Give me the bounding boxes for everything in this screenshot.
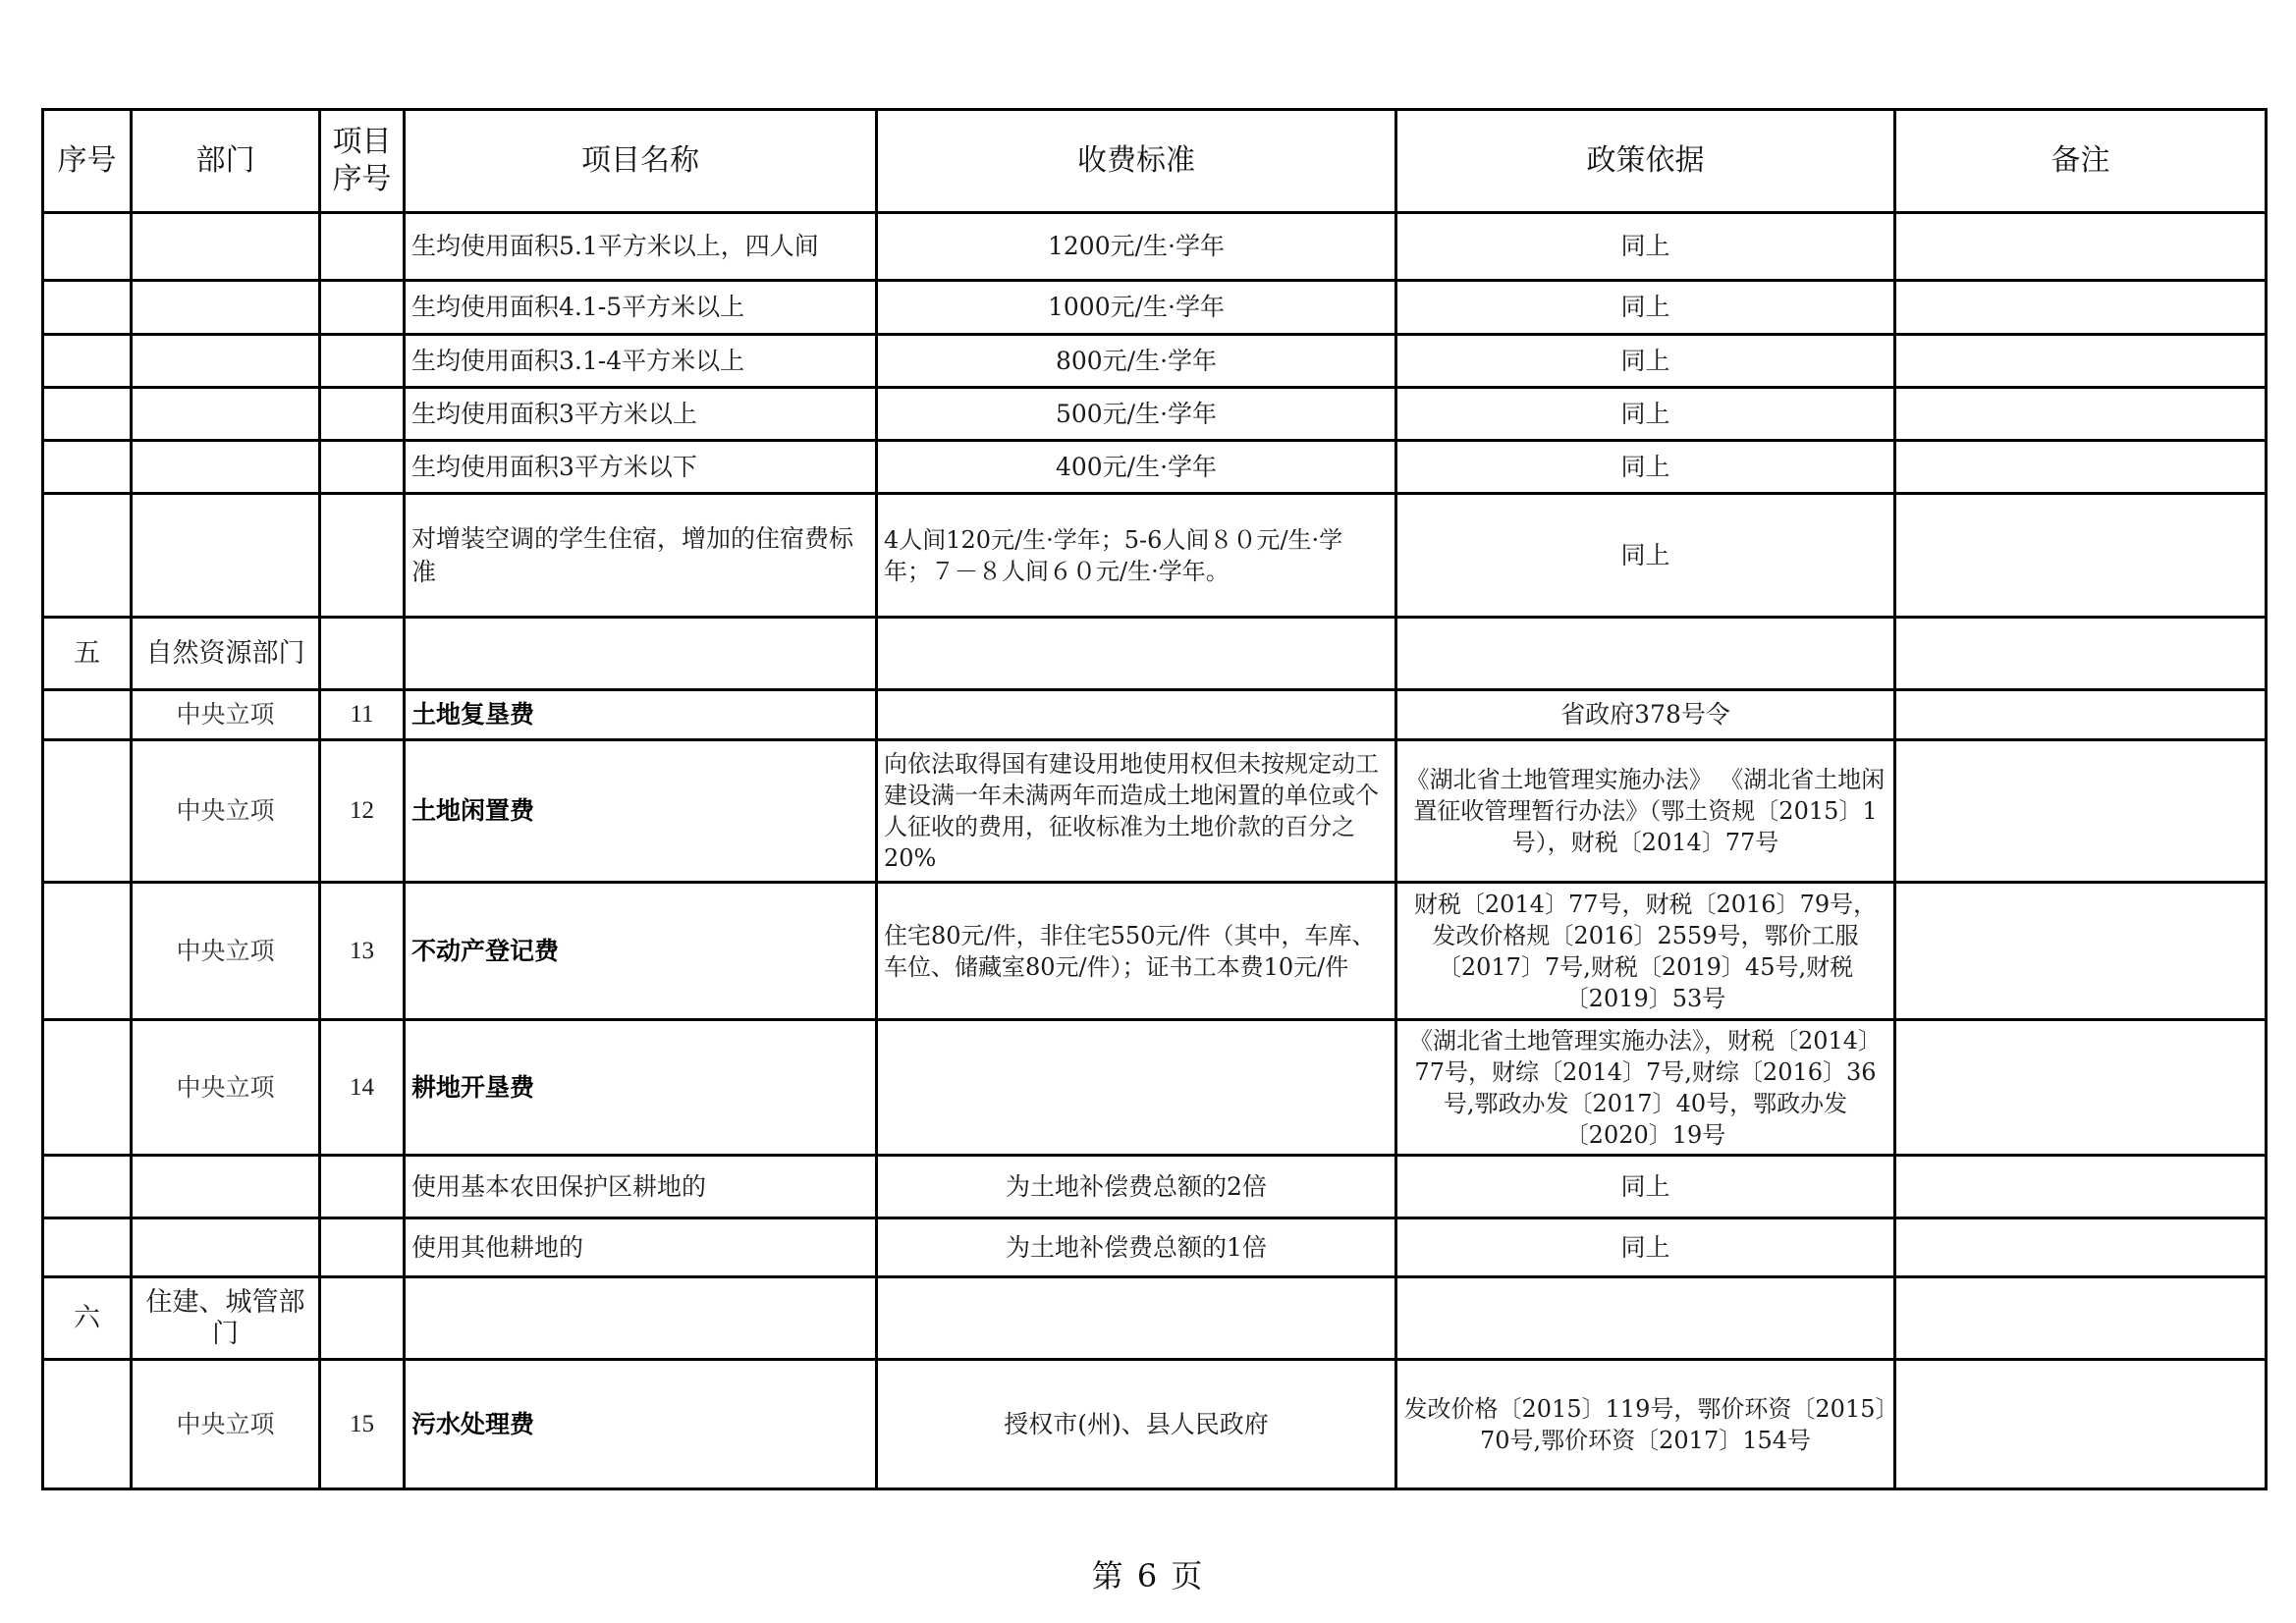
- header-item-no-line1: 项目: [333, 125, 392, 159]
- cell-remarks: [1895, 883, 2267, 1020]
- cell-dept: [132, 335, 320, 388]
- cell-fee-standard: 1000元/生·学年: [877, 281, 1396, 335]
- cell-item-no: [320, 213, 405, 281]
- cell-item-no: 15: [320, 1360, 405, 1489]
- cell-item-name: 不动产登记费: [405, 883, 877, 1020]
- cell-dept: 中央立项: [132, 1020, 320, 1156]
- cell-seq: [43, 1218, 132, 1277]
- cell-remarks: [1895, 690, 2267, 740]
- header-dept: 部门: [132, 110, 320, 213]
- table-row: 生均使用面积3平方米以上 500元/生·学年 同上: [43, 388, 2267, 441]
- cell-item-name: 耕地开垦费: [405, 1020, 877, 1156]
- table-row: 中央立项 15 污水处理费 授权市(州)、县人民政府 发改价格〔2015〕119…: [43, 1360, 2267, 1489]
- cell-item-name: [405, 1277, 877, 1360]
- cell-section-seq: 五: [43, 618, 132, 690]
- cell-item-name: 生均使用面积5.1平方米以上，四人间: [405, 213, 877, 281]
- cell-remarks: [1895, 1020, 2267, 1156]
- cell-item-no: [320, 441, 405, 494]
- cell-remarks: [1895, 494, 2267, 618]
- cell-item-no: [320, 335, 405, 388]
- cell-seq: [43, 388, 132, 441]
- cell-policy-basis: 财税〔2014〕77号，财税〔2016〕79号，发改价格规〔2016〕2559号…: [1396, 883, 1895, 1020]
- table-row: 生均使用面积3.1-4平方米以上 800元/生·学年 同上: [43, 335, 2267, 388]
- cell-seq: [43, 335, 132, 388]
- cell-remarks: [1895, 213, 2267, 281]
- header-remarks: 备注: [1895, 110, 2267, 213]
- cell-item-no: 13: [320, 883, 405, 1020]
- cell-item-no: [320, 1156, 405, 1218]
- cell-fee-standard: [877, 690, 1396, 740]
- section-row: 五 自然资源部门: [43, 618, 2267, 690]
- cell-dept: 中央立项: [132, 740, 320, 883]
- table-row: 中央立项 11 土地复垦费 省政府378号令: [43, 690, 2267, 740]
- cell-fee-standard: 4人间120元/生·学年；5-6人间８０元/生·学年；７－８人间６０元/生·学年…: [877, 494, 1396, 618]
- cell-item-no: [320, 494, 405, 618]
- cell-section-seq: 六: [43, 1277, 132, 1360]
- cell-remarks: [1895, 335, 2267, 388]
- cell-dept: 中央立项: [132, 883, 320, 1020]
- cell-dept: [132, 441, 320, 494]
- cell-dept: [132, 494, 320, 618]
- cell-fee-standard: 向依法取得国有建设用地使用权但未按规定动工建设满一年未满两年而造成土地闲置的单位…: [877, 740, 1396, 883]
- cell-policy-basis: 同上: [1396, 441, 1895, 494]
- cell-item-no: [320, 1277, 405, 1360]
- header-seq: 序号: [43, 110, 132, 213]
- cell-item-no: 14: [320, 1020, 405, 1156]
- cell-fee-standard: [877, 1277, 1396, 1360]
- table-row: 中央立项 14 耕地开垦费 《湖北省土地管理实施办法》，财税〔2014〕77号，…: [43, 1020, 2267, 1156]
- cell-fee-standard: 为土地补偿费总额的2倍: [877, 1156, 1396, 1218]
- table-row: 生均使用面积4.1-5平方米以上 1000元/生·学年 同上: [43, 281, 2267, 335]
- cell-section-dept: 自然资源部门: [132, 618, 320, 690]
- header-policy-basis: 政策依据: [1396, 110, 1895, 213]
- table-row: 中央立项 13 不动产登记费 住宅80元/件，非住宅550元/件（其中，车库、车…: [43, 883, 2267, 1020]
- cell-fee-standard: [877, 618, 1396, 690]
- header-fee-standard: 收费标准: [877, 110, 1396, 213]
- table-row: 生均使用面积3平方米以下 400元/生·学年 同上: [43, 441, 2267, 494]
- cell-seq: [43, 281, 132, 335]
- cell-remarks: [1895, 1277, 2267, 1360]
- cell-item-no: [320, 281, 405, 335]
- cell-item-name: 生均使用面积3.1-4平方米以上: [405, 335, 877, 388]
- cell-policy-basis: 同上: [1396, 494, 1895, 618]
- cell-policy-basis: 《湖北省土地管理实施办法》 《湖北省土地闲置征收管理暂行办法》（鄂土资规〔201…: [1396, 740, 1895, 883]
- table-row: 使用基本农田保护区耕地的 为土地补偿费总额的2倍 同上: [43, 1156, 2267, 1218]
- cell-remarks: [1895, 1360, 2267, 1489]
- cell-fee-standard: 400元/生·学年: [877, 441, 1396, 494]
- cell-item-no: [320, 618, 405, 690]
- cell-dept: [132, 281, 320, 335]
- cell-policy-basis: 同上: [1396, 1156, 1895, 1218]
- cell-item-name: 生均使用面积3平方米以上: [405, 388, 877, 441]
- section-row: 六 住建、城管部门: [43, 1277, 2267, 1360]
- table-row: 中央立项 12 土地闲置费 向依法取得国有建设用地使用权但未按规定动工建设满一年…: [43, 740, 2267, 883]
- cell-item-name: 生均使用面积4.1-5平方米以上: [405, 281, 877, 335]
- table-row: 对增装空调的学生住宿，增加的住宿费标准 4人间120元/生·学年；5-6人间８０…: [43, 494, 2267, 618]
- cell-remarks: [1895, 441, 2267, 494]
- cell-seq: [43, 494, 132, 618]
- cell-policy-basis: 《湖北省土地管理实施办法》，财税〔2014〕77号，财综〔2014〕7号,财综〔…: [1396, 1020, 1895, 1156]
- cell-policy-basis: [1396, 1277, 1895, 1360]
- cell-fee-standard: 住宅80元/件，非住宅550元/件（其中，车库、车位、储藏室80元/件）；证书工…: [877, 883, 1396, 1020]
- page-number: 第 6 页: [0, 1551, 2296, 1596]
- cell-fee-standard: 1200元/生·学年: [877, 213, 1396, 281]
- cell-dept: [132, 388, 320, 441]
- cell-dept: [132, 1218, 320, 1277]
- cell-policy-basis: 同上: [1396, 213, 1895, 281]
- cell-item-name: [405, 618, 877, 690]
- cell-dept: 中央立项: [132, 1360, 320, 1489]
- cell-dept: [132, 1156, 320, 1218]
- header-item-no-line2: 序号: [333, 162, 392, 196]
- cell-fee-standard: 为土地补偿费总额的1倍: [877, 1218, 1396, 1277]
- cell-seq: [43, 1020, 132, 1156]
- cell-item-no: [320, 388, 405, 441]
- cell-seq: [43, 213, 132, 281]
- cell-policy-basis: 发改价格〔2015〕119号，鄂价环资〔2015〕70号,鄂价环资〔2017〕1…: [1396, 1360, 1895, 1489]
- cell-item-name: 使用其他耕地的: [405, 1218, 877, 1277]
- cell-policy-basis: 同上: [1396, 388, 1895, 441]
- cell-fee-standard: 授权市(州)、县人民政府: [877, 1360, 1396, 1489]
- cell-item-no: 11: [320, 690, 405, 740]
- cell-seq: [43, 740, 132, 883]
- cell-remarks: [1895, 281, 2267, 335]
- cell-policy-basis: 同上: [1396, 335, 1895, 388]
- cell-seq: [43, 883, 132, 1020]
- cell-item-name: 对增装空调的学生住宿，增加的住宿费标准: [405, 494, 877, 618]
- cell-seq: [43, 441, 132, 494]
- cell-section-dept: 住建、城管部门: [132, 1277, 320, 1360]
- cell-fee-standard: 500元/生·学年: [877, 388, 1396, 441]
- cell-policy-basis: 同上: [1396, 1218, 1895, 1277]
- cell-policy-basis: [1396, 618, 1895, 690]
- table-row: 使用其他耕地的 为土地补偿费总额的1倍 同上: [43, 1218, 2267, 1277]
- cell-dept: [132, 213, 320, 281]
- header-item-name: 项目名称: [405, 110, 877, 213]
- header-item-no: 项目序号: [320, 110, 405, 213]
- cell-seq: [43, 1156, 132, 1218]
- cell-item-no: [320, 1218, 405, 1277]
- cell-item-no: 12: [320, 740, 405, 883]
- cell-remarks: [1895, 1218, 2267, 1277]
- cell-fee-standard: [877, 1020, 1396, 1156]
- cell-item-name: 使用基本农田保护区耕地的: [405, 1156, 877, 1218]
- cell-remarks: [1895, 1156, 2267, 1218]
- cell-item-name: 土地复垦费: [405, 690, 877, 740]
- fee-schedule-table: 序号 部门 项目序号 项目名称 收费标准 政策依据 备注 生均使用面积5.1平方…: [41, 108, 2268, 1490]
- table-header-row: 序号 部门 项目序号 项目名称 收费标准 政策依据 备注: [43, 110, 2267, 213]
- cell-item-name: 污水处理费: [405, 1360, 877, 1489]
- cell-policy-basis: 同上: [1396, 281, 1895, 335]
- cell-item-name: 土地闲置费: [405, 740, 877, 883]
- cell-seq: [43, 690, 132, 740]
- cell-policy-basis: 省政府378号令: [1396, 690, 1895, 740]
- cell-seq: [43, 1360, 132, 1489]
- cell-item-name: 生均使用面积3平方米以下: [405, 441, 877, 494]
- cell-dept: 中央立项: [132, 690, 320, 740]
- cell-remarks: [1895, 740, 2267, 883]
- cell-remarks: [1895, 388, 2267, 441]
- table-row: 生均使用面积5.1平方米以上，四人间 1200元/生·学年 同上: [43, 213, 2267, 281]
- cell-fee-standard: 800元/生·学年: [877, 335, 1396, 388]
- cell-remarks: [1895, 618, 2267, 690]
